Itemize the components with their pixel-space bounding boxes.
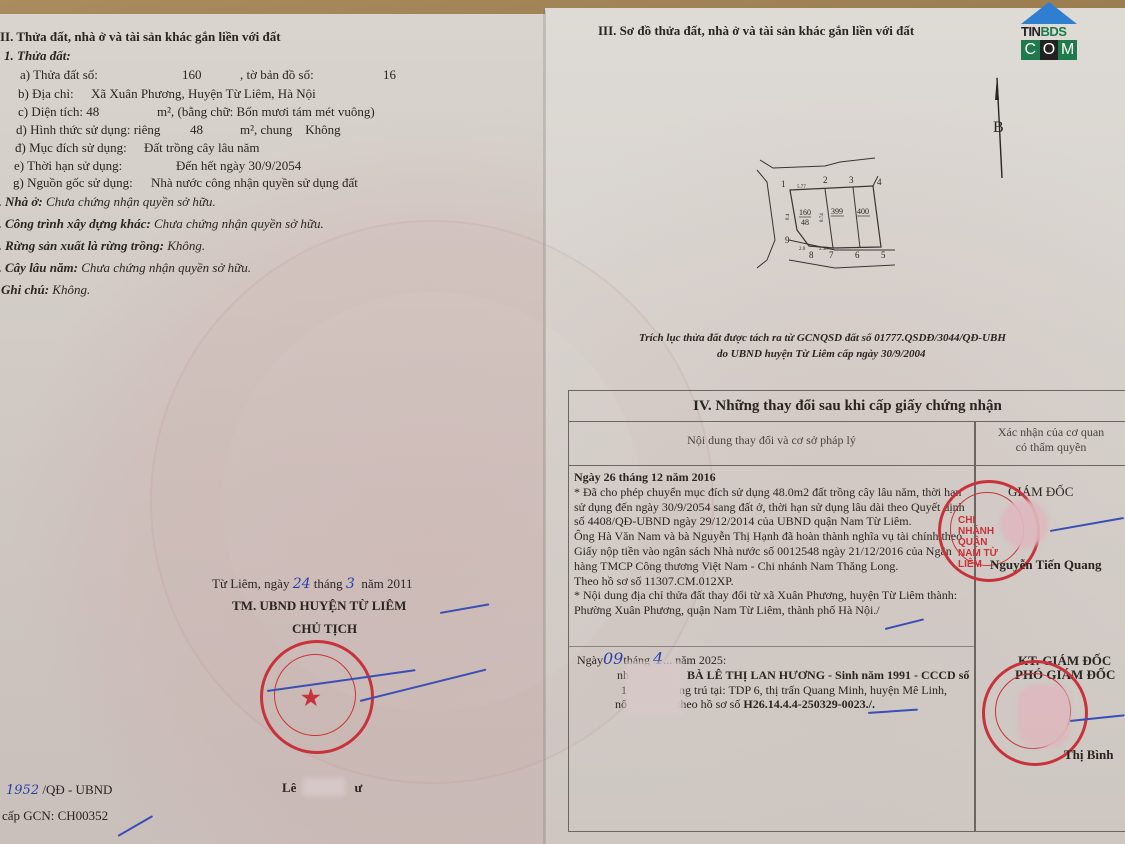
note-value: Không.	[52, 282, 90, 297]
redacted-personal-info	[625, 662, 683, 716]
house-label: 2. Nhà ở:	[0, 194, 43, 209]
svg-text:160: 160	[799, 208, 811, 217]
svg-text:8.4: 8.4	[786, 213, 791, 220]
redacted-signature-2	[1018, 685, 1070, 747]
plot-diagram: 1 2 3 4 5 6 7 8 9 160 48 399 400 5.77 8.…	[745, 150, 905, 270]
svg-text:6: 6	[855, 250, 860, 260]
forest-value: Không.	[167, 238, 205, 253]
perennial-value: Chưa chứng nhận quyền sở hữu.	[81, 260, 251, 275]
section2-title: II. Thửa đất, nhà ở và tài sản khác gắn …	[0, 29, 281, 45]
parcel-label: a) Thửa đất số:	[20, 67, 98, 83]
svg-text:1: 1	[781, 179, 786, 189]
svg-text:9: 9	[785, 235, 790, 245]
svg-text:5: 5	[881, 250, 886, 260]
decision-number: 1952 /QĐ - UBND	[6, 782, 112, 798]
svg-text:8.74: 8.74	[820, 213, 825, 222]
redacted-signature	[1000, 500, 1048, 548]
emblem-star-icon: ★	[301, 685, 321, 711]
purpose-label: đ) Mục đích sử dụng:	[15, 140, 127, 156]
svg-text:48: 48	[801, 218, 809, 227]
origin-value: Nhà nước công nhận quyền sử dụng đất	[151, 175, 358, 191]
extract-note-line1: Trích lục thửa đất được tách ra từ GCNQS…	[639, 332, 1006, 344]
svg-text:7: 7	[829, 250, 834, 260]
purpose-value: Đất trồng cây lâu năm	[144, 140, 260, 156]
address-label: b) Địa chỉ:	[18, 86, 74, 102]
tinbds-watermark-logo: TINBDS COM	[1017, 2, 1081, 62]
address-value: Xã Xuân Phương, Huyện Từ Liêm, Hà Nội	[91, 86, 316, 102]
gcn-number: cấp GCN: CH00352	[2, 808, 108, 824]
parcel-number: 160	[182, 67, 202, 83]
origin-label: g) Nguồn gốc sử dụng:	[13, 175, 133, 191]
svg-text:4: 4	[877, 177, 882, 187]
other-construction-label: 3. Công trình xây dựng khác:	[0, 216, 151, 231]
use-form-private: 48	[190, 122, 203, 138]
svg-text:399: 399	[831, 207, 843, 216]
redacted-signer-name	[303, 778, 345, 796]
change-entry-2016: Ngày 26 tháng 12 năm 2016 * Đã cho phép …	[574, 470, 969, 618]
column-header-confirmation: Xác nhận của cơ quan có thẩm quyền	[976, 425, 1125, 455]
column-header-content: Nội dung thay đổi và cơ sở pháp lý	[569, 433, 974, 448]
logo-text-top: TINBDS	[1021, 24, 1066, 39]
left-sign-date: Từ Liêm, ngày 24 tháng 3 năm 2011	[212, 576, 413, 592]
map-sheet-number: 16	[383, 67, 396, 83]
term-value: Đến hết ngày 30/9/2054	[176, 158, 301, 174]
entry2-day: 09	[603, 649, 623, 668]
forest-label: 4. Rừng sản xuất là rừng trồng:	[0, 238, 164, 253]
area-words: m², (bằng chữ: Bốn mươi tám mét vuông)	[157, 104, 375, 120]
entry1-signer-name: Nguyễn Tiến Quang	[990, 557, 1102, 573]
section3-title: III. Sơ đồ thửa đất, nhà ở và tài sản kh…	[598, 23, 914, 39]
entry2-signer-name: Thị Bình	[1064, 747, 1114, 763]
left-sign-month: 3	[346, 576, 355, 592]
house-roof-icon	[1021, 2, 1077, 24]
svg-text:3: 3	[849, 175, 854, 185]
perennial-label: 5. Cây lâu năm:	[0, 260, 78, 275]
other-construction-value: Chưa chứng nhận quyền sở hữu.	[154, 216, 324, 231]
entry-separator	[569, 646, 974, 647]
svg-text:2: 2	[823, 175, 828, 185]
svg-text:2.38: 2.38	[819, 247, 828, 252]
note-label: 6. Ghi chú:	[0, 282, 49, 297]
north-label: B	[993, 119, 1004, 136]
house-value: Chưa chứng nhận quyền sở hữu.	[46, 194, 216, 209]
left-sign-org: TM. UBND HUYỆN TỪ LIÊM	[232, 598, 406, 614]
svg-text:400: 400	[857, 207, 869, 216]
term-label: e) Thời hạn sử dụng:	[14, 158, 122, 174]
extract-note-line2: do UBND huyện Từ Liêm cấp ngày 30/9/2004	[717, 348, 926, 360]
svg-text:2.0: 2.0	[799, 247, 806, 252]
map-sheet-label: , tờ bản đồ số:	[240, 67, 314, 83]
use-form-label: d) Hình thức sử dụng: riêng	[16, 122, 160, 138]
logo-text-bottom: COM	[1021, 40, 1077, 60]
svg-text:8: 8	[809, 250, 814, 260]
north-arrow-icon: B	[985, 70, 1015, 180]
section4-title: IV. Những thay đổi sau khi cấp giấy chứn…	[569, 391, 1125, 422]
left-sign-day: 24	[293, 576, 311, 592]
area-label: c) Diện tích: 48	[18, 104, 99, 120]
svg-text:5.77: 5.77	[797, 185, 806, 190]
use-form-shared: m², chung Không	[240, 122, 341, 138]
land-heading: 1. Thửa đất:	[4, 48, 71, 64]
left-sign-role: CHỦ TỊCH	[292, 621, 357, 637]
